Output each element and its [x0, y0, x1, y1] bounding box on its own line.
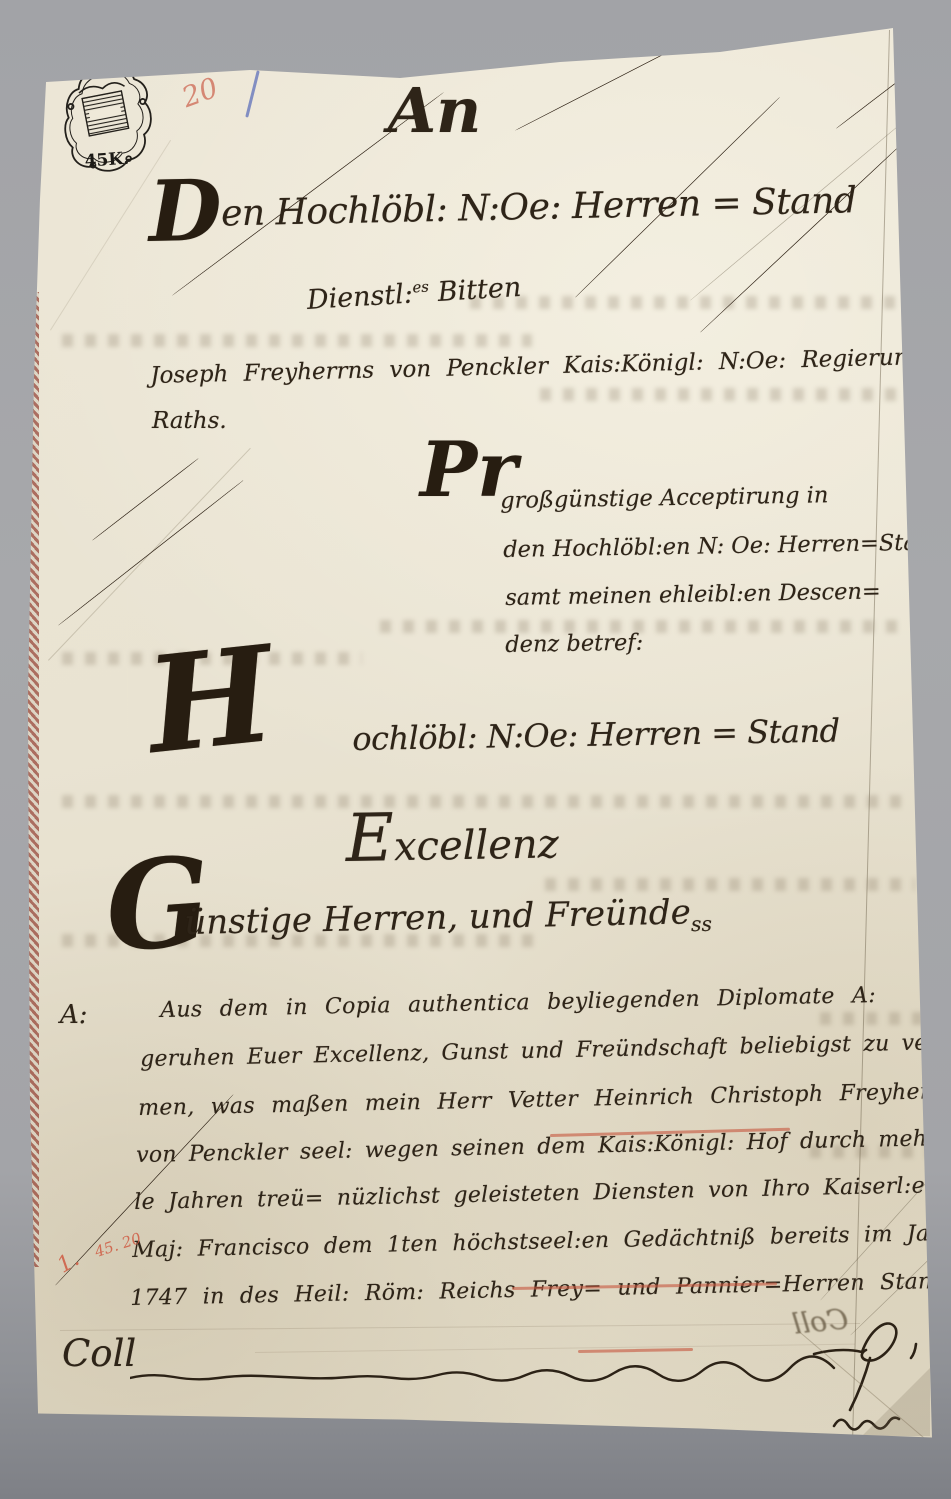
heading-initial-h: H	[143, 642, 278, 760]
collation-mark: Coll	[62, 1332, 136, 1375]
subject-line1: großgünstige Acceptirung in	[500, 482, 829, 514]
greeting-text: ünstige Herren, und Freünde	[184, 892, 691, 943]
margin-ref-a: A:	[60, 1000, 88, 1030]
petitioner-line2: Raths.	[152, 408, 227, 434]
blue-pencil-mark	[245, 70, 260, 117]
petition-type: Dienstl:es Bitten	[306, 272, 522, 316]
heading-herrenstand: ochlöbl: N:Oe: Herren = Stand	[352, 711, 840, 757]
body-line: le Jahren treü= nüzlichst geleisteten Di…	[134, 1173, 940, 1215]
petition-word2: Bitten	[428, 272, 522, 309]
ink-bleedthrough	[62, 334, 532, 347]
ink-bleedthrough	[545, 878, 915, 891]
ink-bleedthrough	[820, 1012, 935, 1025]
collation-line	[130, 1348, 860, 1388]
body-line: men, was maßen mein Herr Vetter Heinrich…	[138, 1079, 942, 1121]
binding-stitching	[27, 292, 39, 1267]
paper-crease	[60, 1323, 860, 1331]
subject-line4: denz betref:	[505, 630, 643, 658]
heading-excellenz: Excellenz	[345, 796, 559, 877]
red-chalk-tally: 1.	[53, 1246, 84, 1278]
stamp-denomination: 45K.	[84, 149, 130, 172]
address-initial: D	[148, 160, 222, 260]
revenue-stamp-45k: 45K.	[56, 57, 160, 185]
petitioner-line1: Joseph Freyherrns von Penckler Kais:Köni…	[150, 344, 935, 389]
petition-word: Dienstl:	[306, 279, 414, 316]
petition-superscript: es	[412, 278, 429, 297]
manuscript-page: 45K. 20 An Den Hochlöbl: N:Oe: Herren = …	[0, 0, 951, 1499]
ink-bleedthrough	[540, 388, 910, 401]
body-line: Aus dem in Copia authentica beyliegenden…	[160, 983, 876, 1023]
ink-bleedthrough	[470, 296, 900, 309]
pen-flourish-line	[515, 26, 717, 131]
photograph-backdrop: 45K. 20 An Den Hochlöbl: N:Oe: Herren = …	[0, 0, 951, 1499]
subject-line2: den Hochlöbl:en N: Oe: Herren=Stand	[503, 529, 946, 563]
address-line: Den Hochlöbl: N:Oe: Herren = Stand	[148, 163, 857, 245]
body-line: Maj: Francisco dem 1ten höchstseel:en Ge…	[132, 1221, 951, 1263]
pen-flourish-line	[58, 480, 244, 626]
greeting-flourish-ss: ss	[691, 912, 712, 936]
red-chalk-number: 20	[177, 71, 222, 114]
pen-flourish-line	[836, 44, 946, 129]
subject-line3: samt meinen ehleibl:en Descen=	[505, 578, 881, 611]
salute-an: An	[388, 74, 481, 147]
greeting-line: ünstige Herren, und Freündess	[184, 892, 712, 947]
body-line: von Penckler seel: wegen seinen dem Kais…	[136, 1125, 951, 1168]
body-line: geruhen Euer Excellenz, Gunst und Freünd…	[140, 1029, 951, 1072]
address-text: en Hochlöbl: N:Oe: Herren = Stand	[221, 180, 857, 234]
